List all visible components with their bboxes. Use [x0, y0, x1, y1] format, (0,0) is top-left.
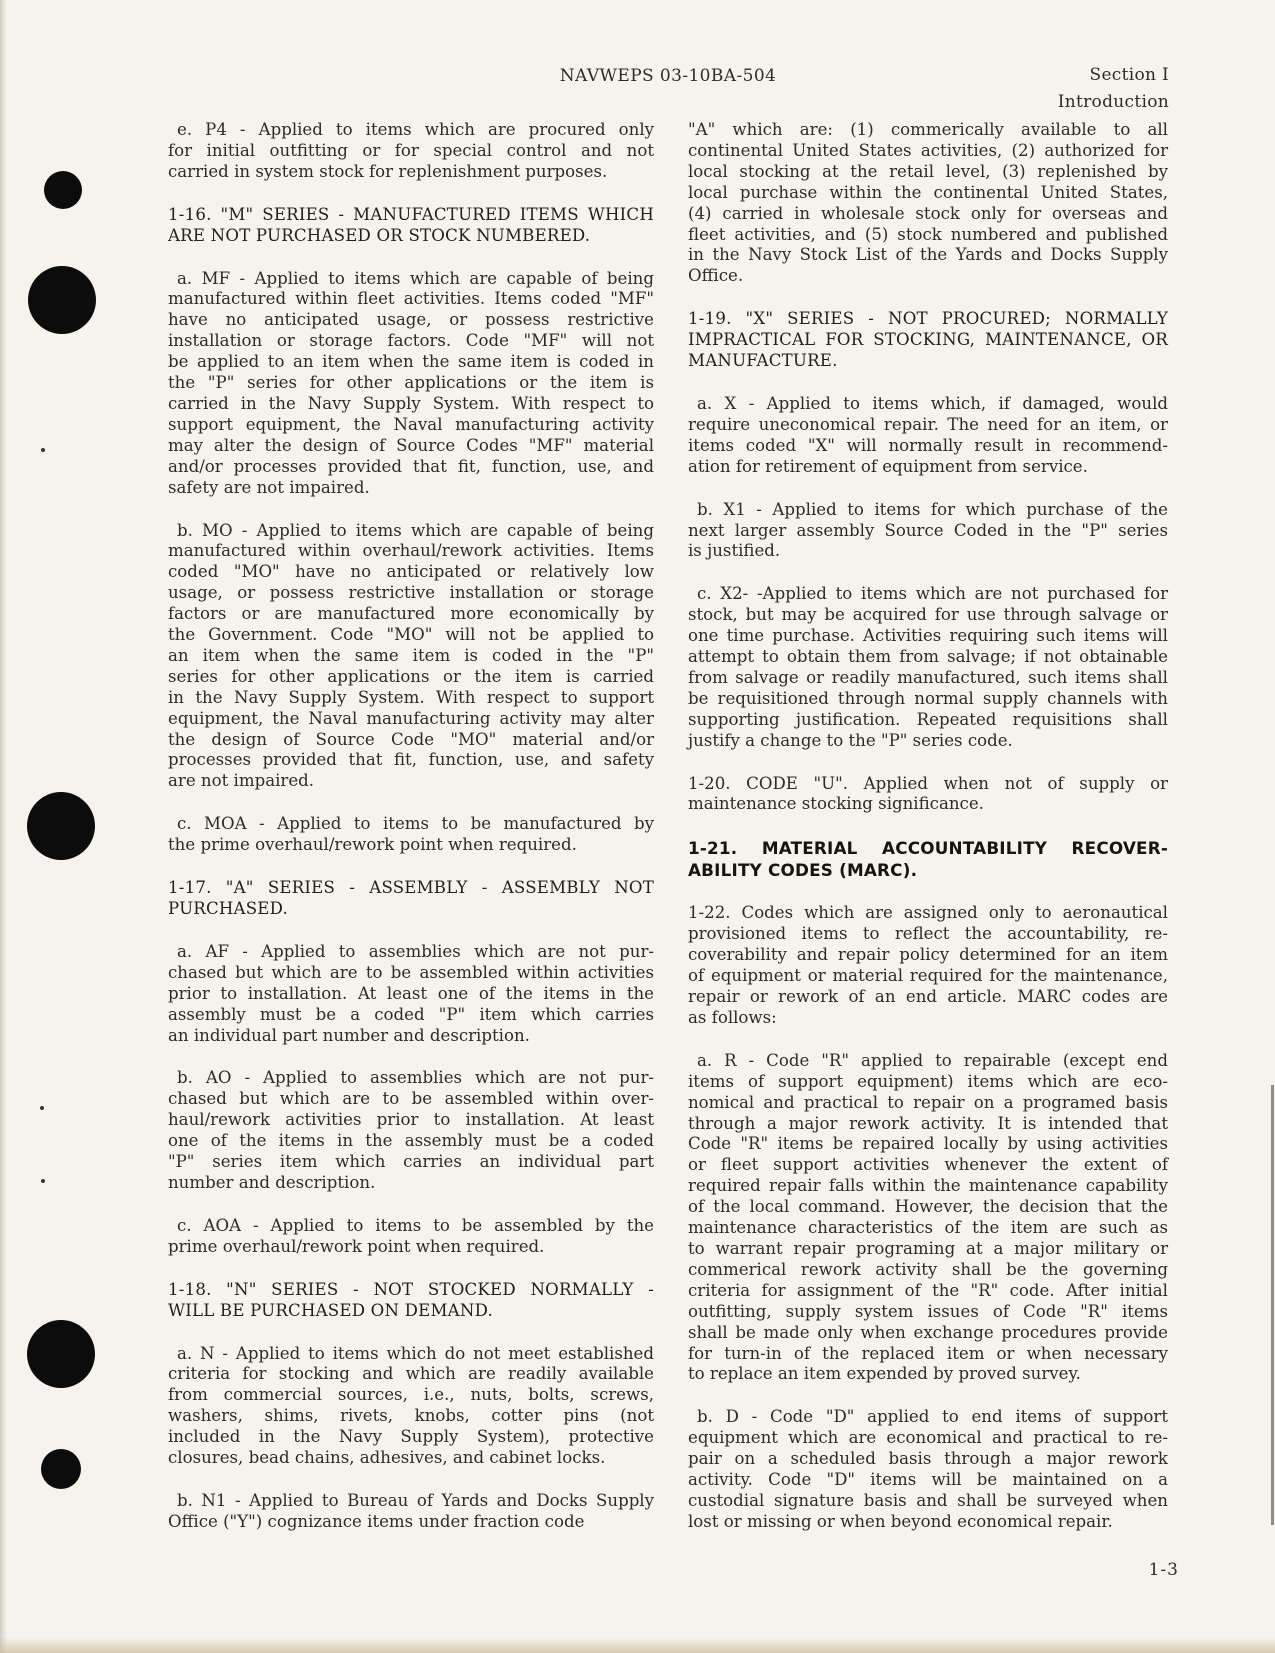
text-line: the "P" series for other applications or… — [168, 373, 654, 394]
paragraph: "A" which are: (1) commerically availabl… — [688, 120, 1168, 287]
right-column: "A" which are: (1) commerically availabl… — [688, 120, 1168, 1555]
text-line: a. R - Code "R" applied to repairable (e… — [688, 1051, 1168, 1072]
text-line: prime overhaul/rework point when require… — [168, 1237, 654, 1258]
text-line: c. AOA - Applied to items to be assemble… — [168, 1216, 654, 1237]
text-line: a. AF - Applied to assemblies which are … — [168, 942, 654, 963]
text-line: 1-21. MATERIAL ACCOUNTABILITY RECOVER- — [688, 837, 1168, 859]
text-line: 1-17. "A" SERIES - ASSEMBLY - ASSEMBLY N… — [168, 878, 654, 899]
text-line: washers, shims, rivets, knobs, cotter pi… — [168, 1406, 654, 1427]
text-line: equipment which are economical and pract… — [688, 1428, 1168, 1449]
text-line: shall be made only when exchange procedu… — [688, 1323, 1168, 1344]
text-line: carried in the Navy Supply System. With … — [168, 394, 654, 415]
text-line: criteria for stocking and which are read… — [168, 1364, 654, 1385]
text-line: b. AO - Applied to assemblies which are … — [168, 1068, 654, 1089]
section-heading: 1-18. "N" SERIES - NOT STOCKED NORMALLY … — [168, 1280, 654, 1322]
text-line: "P" series item which carries an individ… — [168, 1152, 654, 1173]
text-line: one of the items in the assembly must be… — [168, 1131, 654, 1152]
text-line: from commercial sources, i.e., nuts, bol… — [168, 1385, 654, 1406]
text-line: may alter the design of Source Codes "MF… — [168, 436, 654, 457]
text-line: lost or missing or when beyond economica… — [688, 1512, 1168, 1533]
text-line: be requisitioned through normal supply c… — [688, 689, 1168, 710]
text-line: ABILITY CODES (MARC). — [688, 859, 1168, 881]
text-line: ation for retirement of equipment from s… — [688, 457, 1168, 478]
section-header: Section I Introduction — [1058, 62, 1169, 116]
text-line: in the Navy Stock List of the Yards and … — [688, 245, 1168, 266]
text-line: in the Navy Supply System. With respect … — [168, 688, 654, 709]
text-line: b. X1 - Applied to items for which purch… — [688, 500, 1168, 521]
text-line: next larger assembly Source Coded in the… — [688, 521, 1168, 542]
paragraph: c. X2- -Applied to items which are not p… — [688, 584, 1168, 751]
text-line: and/or processes provided that fit, func… — [168, 457, 654, 478]
text-line: usage, or possess restrictive installati… — [168, 583, 654, 604]
paragraph: a. MF - Applied to items which are capab… — [168, 269, 654, 499]
text-line: require uneconomical repair. The need fo… — [688, 415, 1168, 436]
text-line: for initial outfitting or for special co… — [168, 141, 654, 162]
text-line: b. D - Code "D" applied to end items of … — [688, 1407, 1168, 1428]
left-column: e. P4 - Applied to items which are procu… — [168, 120, 654, 1555]
text-line: e. P4 - Applied to items which are procu… — [168, 120, 654, 141]
paragraph: a. R - Code "R" applied to repairable (e… — [688, 1051, 1168, 1386]
text-line: for turn-in of the replaced item or when… — [688, 1344, 1168, 1365]
page-number: 1-3 — [1149, 1560, 1179, 1580]
text-line: carried in system stock for replenishmen… — [168, 162, 654, 183]
text-line: items of support equipment) items which … — [688, 1072, 1168, 1093]
text-line: criteria for assignment of the "R" code.… — [688, 1281, 1168, 1302]
text-line: ARE NOT PURCHASED OR STOCK NUMBERED. — [168, 226, 654, 247]
text-line: local stocking at the retail level, (3) … — [688, 162, 1168, 183]
binder-punch-hole — [27, 792, 95, 860]
text-line: the design of Source Code "MO" material … — [168, 730, 654, 751]
text-line: required repair falls within the mainten… — [688, 1176, 1168, 1197]
text-line: justify a change to the "P" series code. — [688, 731, 1168, 752]
text-line: stock, but may be acquired for use throu… — [688, 605, 1168, 626]
text-line: number and description. — [168, 1173, 654, 1194]
text-line: b. N1 - Applied to Bureau of Yards and D… — [168, 1491, 654, 1512]
text-line: "A" which are: (1) commerically availabl… — [688, 120, 1168, 141]
section-heading: 1-17. "A" SERIES - ASSEMBLY - ASSEMBLY N… — [168, 878, 654, 920]
paragraph: 1-22. Codes which are assigned only to a… — [688, 903, 1168, 1028]
scanned-manual-page: NAVWEPS 03-10BA-504 Section I Introducti… — [0, 0, 1275, 1653]
text-line: one time purchase. Activities requiring … — [688, 626, 1168, 647]
text-line: PURCHASED. — [168, 899, 654, 920]
text-line: a. X - Applied to items which, if damage… — [688, 394, 1168, 415]
binder-punch-hole — [27, 1320, 95, 1388]
text-line: a. MF - Applied to items which are capab… — [168, 269, 654, 290]
text-line: b. MO - Applied to items which are capab… — [168, 521, 654, 542]
text-line: be applied to an item when the same item… — [168, 352, 654, 373]
text-line: as follows: — [688, 1008, 1168, 1029]
text-line: or fleet support activities whenever the… — [688, 1155, 1168, 1176]
text-line: coded "MO" have no anticipated or relati… — [168, 562, 654, 583]
text-line: maintenance characteristics of the item … — [688, 1218, 1168, 1239]
binder-punch-hole — [41, 1449, 81, 1489]
text-line: (4) carried in wholesale stock only for … — [688, 204, 1168, 225]
text-line: pair on a scheduled basis through a majo… — [688, 1449, 1168, 1470]
paragraph: a. N - Applied to items which do not mee… — [168, 1344, 654, 1469]
binder-punch-hole — [28, 266, 96, 334]
text-line: have no anticipated usage, or possess re… — [168, 310, 654, 331]
text-line: series for other applications or the ite… — [168, 667, 654, 688]
paragraph: 1-20. CODE "U". Applied when not of supp… — [688, 774, 1168, 816]
paragraph: c. AOA - Applied to items to be assemble… — [168, 1216, 654, 1258]
document-number: NAVWEPS 03-10BA-504 — [168, 66, 1168, 86]
scan-edge-left — [0, 0, 7, 1653]
text-line: 1-20. CODE "U". Applied when not of supp… — [688, 774, 1168, 795]
text-line: custodial signature basis and shall be s… — [688, 1491, 1168, 1512]
text-line: prior to installation. At least one of t… — [168, 984, 654, 1005]
text-line: assembly must be a coded "P" item which … — [168, 1005, 654, 1026]
text-line: to warrant repair programing at a major … — [688, 1239, 1168, 1260]
text-line: support equipment, the Naval manufacturi… — [168, 415, 654, 436]
text-line: MANUFACTURE. — [688, 351, 1168, 372]
text-line: Office ("Y") cognizance items under frac… — [168, 1512, 654, 1533]
text-line: nomical and practical to repair on a pro… — [688, 1093, 1168, 1114]
paragraph: c. MOA - Applied to items to be manufact… — [168, 814, 654, 856]
paragraph: a. AF - Applied to assemblies which are … — [168, 942, 654, 1047]
text-line: coverability and repair policy determine… — [688, 945, 1168, 966]
paragraph: a. X - Applied to items which, if damage… — [688, 394, 1168, 478]
section-title: Section I — [1058, 62, 1169, 89]
text-line: local purchase within the continental Un… — [688, 183, 1168, 204]
paragraph: b. D - Code "D" applied to end items of … — [688, 1407, 1168, 1532]
text-line: 1-16. "M" SERIES - MANUFACTURED ITEMS WH… — [168, 205, 654, 226]
text-line: 1-19. "X" SERIES - NOT PROCURED; NORMALL… — [688, 309, 1168, 330]
text-line: manufactured within fleet activities. It… — [168, 289, 654, 310]
section-heading: 1-16. "M" SERIES - MANUFACTURED ITEMS WH… — [168, 205, 654, 247]
text-line: haul/rework activities prior to installa… — [168, 1110, 654, 1131]
text-line: the prime overhaul/rework point when req… — [168, 835, 654, 856]
text-line: equipment, the Naval manufacturing activ… — [168, 709, 654, 730]
text-line: installation or storage factors. Code "M… — [168, 331, 654, 352]
text-line: c. X2- -Applied to items which are not p… — [688, 584, 1168, 605]
binder-punch-hole — [44, 171, 82, 209]
text-line: through a major rework activity. It is i… — [688, 1114, 1168, 1135]
text-line: items coded "X" will normally result in … — [688, 436, 1168, 457]
text-line: a. N - Applied to items which do not mee… — [168, 1344, 654, 1365]
text-line: manufactured within overhaul/rework acti… — [168, 541, 654, 562]
section-heading: 1-19. "X" SERIES - NOT PROCURED; NORMALL… — [688, 309, 1168, 372]
text-line: an individual part number and descriptio… — [168, 1026, 654, 1047]
text-line: WILL BE PURCHASED ON DEMAND. — [168, 1301, 654, 1322]
text-line: chased but which are to be assembled wit… — [168, 963, 654, 984]
text-line: chased but which are to be assembled wit… — [168, 1089, 654, 1110]
text-line: from salvage or readily manufactured, su… — [688, 668, 1168, 689]
text-line: included in the Navy Supply System), pro… — [168, 1427, 654, 1448]
text-line: 1-22. Codes which are assigned only to a… — [688, 903, 1168, 924]
text-line: safety are not impaired. — [168, 478, 654, 499]
scan-speck — [41, 448, 45, 452]
text-line: are not impaired. — [168, 771, 654, 792]
paragraph: b. X1 - Applied to items for which purch… — [688, 500, 1168, 563]
paragraph: b. AO - Applied to assemblies which are … — [168, 1068, 654, 1193]
paragraph: b. MO - Applied to items which are capab… — [168, 521, 654, 793]
text-line: repair or rework of an end article. MARC… — [688, 987, 1168, 1008]
text-line: provisioned items to reflect the account… — [688, 924, 1168, 945]
text-line: of the local command. However, the decis… — [688, 1197, 1168, 1218]
text-line: attempt to obtain them from salvage; if … — [688, 647, 1168, 668]
text-line: c. MOA - Applied to items to be manufact… — [168, 814, 654, 835]
text-line: Code "R" items be repaired locally by us… — [688, 1134, 1168, 1155]
text-line: Office. — [688, 266, 1168, 287]
text-line: is justified. — [688, 541, 1168, 562]
text-line: 1-18. "N" SERIES - NOT STOCKED NORMALLY … — [168, 1280, 654, 1301]
section-subtitle: Introduction — [1058, 89, 1169, 116]
scan-speck — [40, 1106, 44, 1110]
text-line: an item when the same item is coded in t… — [168, 646, 654, 667]
paragraph: b. N1 - Applied to Bureau of Yards and D… — [168, 1491, 654, 1533]
text-line: the Government. Code "MO" will not be ap… — [168, 625, 654, 646]
text-line: continental United States activities, (2… — [688, 141, 1168, 162]
scan-edge-right-artifact — [1271, 1085, 1274, 1525]
text-line: activity. Code "D" items will be maintai… — [688, 1470, 1168, 1491]
text-line: outfitting, supply system issues of Code… — [688, 1302, 1168, 1323]
text-line: processes provided that fit, function, u… — [168, 750, 654, 771]
text-line: maintenance stocking significance. — [688, 794, 1168, 815]
text-line: closures, bead chains, adhesives, and ca… — [168, 1448, 654, 1469]
section-heading: 1-21. MATERIAL ACCOUNTABILITY RECOVER-AB… — [688, 837, 1168, 881]
text-line: fleet activities, and (5) stock numbered… — [688, 225, 1168, 246]
scan-speck — [41, 1179, 45, 1183]
text-line: of equipment or material required for th… — [688, 966, 1168, 987]
text-line: to replace an item expended by proved su… — [688, 1364, 1168, 1385]
paragraph: e. P4 - Applied to items which are procu… — [168, 120, 654, 183]
text-line: factors or are manufactured more economi… — [168, 604, 654, 625]
text-line: IMPRACTICAL FOR STOCKING, MAINTENANCE, O… — [688, 330, 1168, 351]
text-line: supporting justification. Repeated requi… — [688, 710, 1168, 731]
text-line: commerical rework activity shall be the … — [688, 1260, 1168, 1281]
scan-edge-bottom — [0, 1637, 1275, 1653]
